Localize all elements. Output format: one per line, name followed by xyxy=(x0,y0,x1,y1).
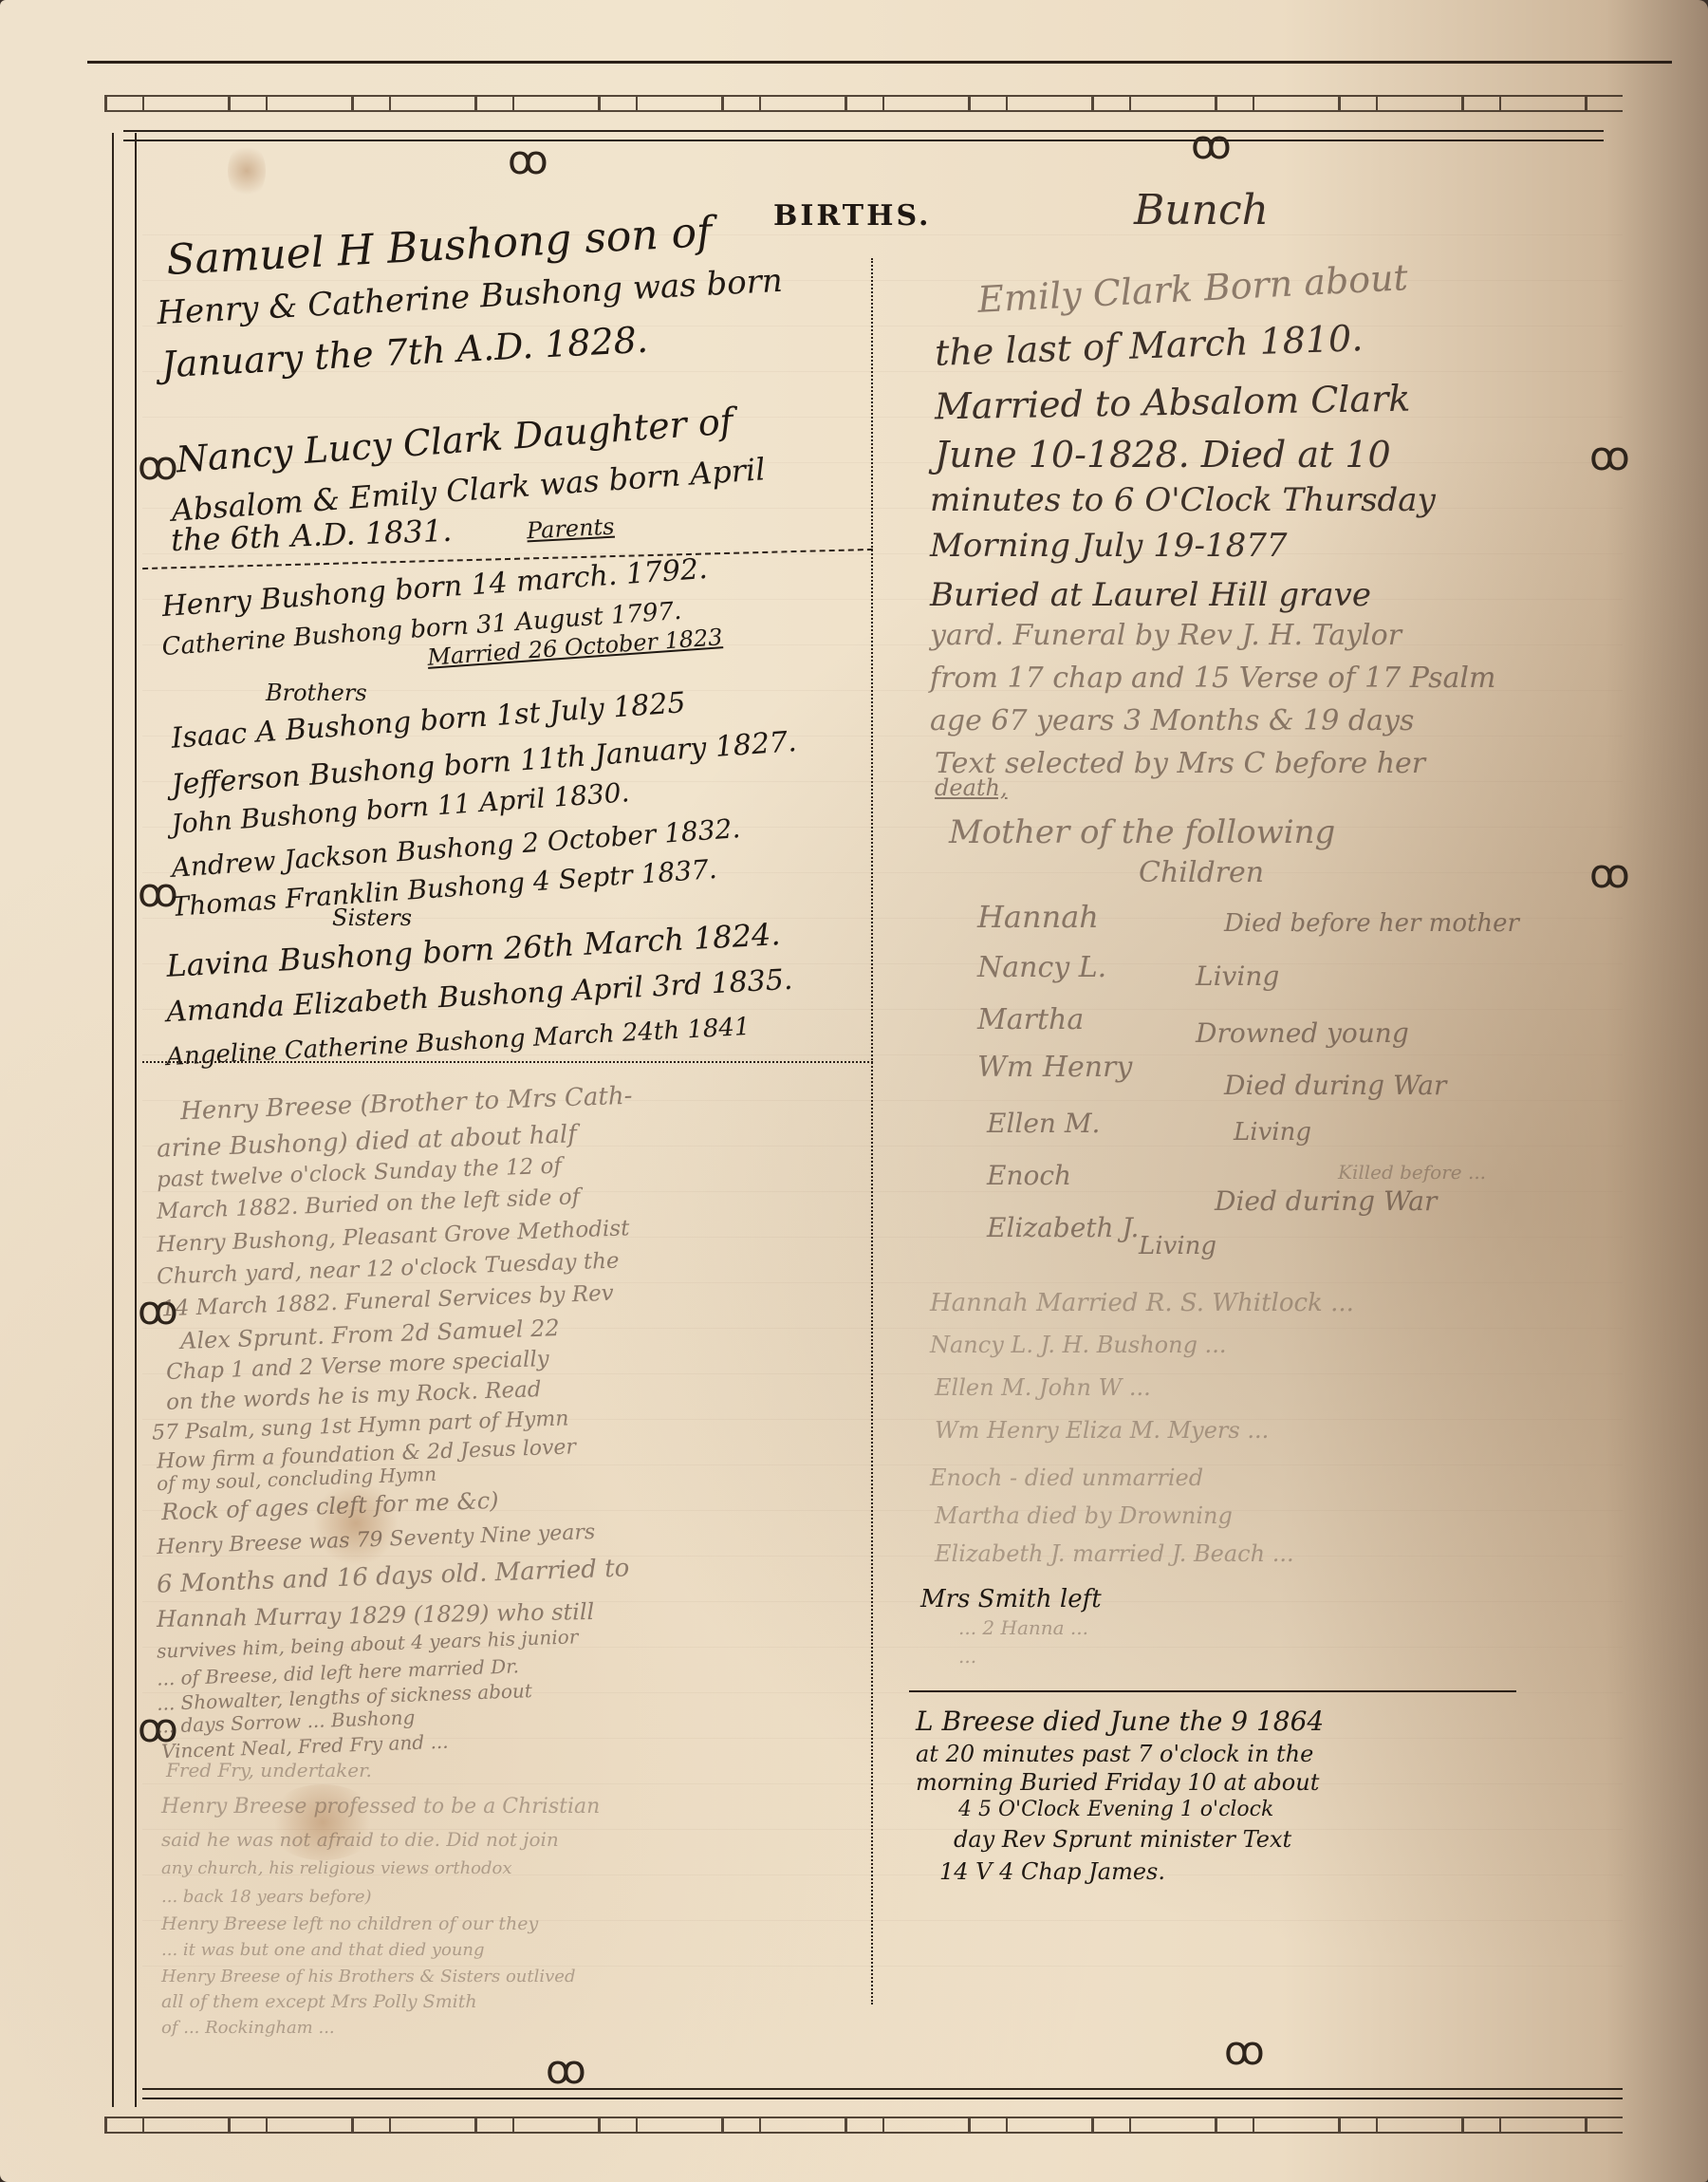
note-line: of ... Rockingham ... xyxy=(161,2020,335,2037)
child-name: Enoch xyxy=(987,1163,1071,1189)
note-line: all of them except Mrs Polly Smith xyxy=(161,1993,477,2011)
emily-entry-line: Buried at Laurel Hill grave xyxy=(930,579,1371,611)
child-status: Living xyxy=(1139,1234,1216,1259)
scroll-ornament-icon: ꝏ xyxy=(138,446,178,486)
child-note: Killed before ... xyxy=(1338,1163,1486,1182)
emily-entry-line: age 67 years 3 Months & 19 days xyxy=(930,707,1414,736)
note-line: day Rev Sprunt minister Text xyxy=(954,1828,1291,1851)
emily-entry-line: from 17 chap and 15 Verse of 17 Psalm xyxy=(930,664,1495,693)
faded-line: ... xyxy=(958,1647,976,1666)
note-line: Henry Breese left no children of our the… xyxy=(161,1915,538,1933)
scroll-ornament-icon: ꝏ xyxy=(1191,125,1232,165)
note-line: Fred Fry, undertaker. xyxy=(166,1761,372,1780)
emily-entry-line: yard. Funeral by Rev J. H. Taylor xyxy=(930,622,1402,650)
smith-note: Mrs Smith left xyxy=(920,1587,1102,1612)
child-name: Hannah xyxy=(977,902,1099,932)
divider-line xyxy=(909,1690,1516,1692)
children-heading: Mother of the following xyxy=(949,816,1335,849)
note-line: morning Buried Friday 10 at about xyxy=(916,1771,1319,1794)
child-name: Elizabeth J. xyxy=(987,1215,1139,1241)
child-status: Died during War xyxy=(1224,1072,1446,1099)
frame-inner-top xyxy=(123,130,1604,141)
emily-entry-line: Morning July 19-1877 xyxy=(930,530,1287,562)
surname-heading: Bunch xyxy=(1134,190,1269,232)
parents-label: Parents xyxy=(526,515,615,543)
emily-entry-line: Married to Absalom Clark xyxy=(935,381,1411,425)
marriage-line: Hannah Married R. S. Whitlock ... xyxy=(930,1291,1354,1315)
child-name: Nancy L. xyxy=(977,954,1106,982)
note-line: at 20 minutes past 7 o'clock in the xyxy=(916,1743,1313,1765)
braided-border-bottom xyxy=(104,2117,1623,2134)
note-line: 4 5 O'Clock Evening 1 o'clock xyxy=(958,1800,1273,1820)
marriage-line: Nancy L. J. H. Bushong ... xyxy=(930,1333,1226,1356)
page-heading: BIRTHS. xyxy=(773,199,932,233)
child-status: Died before her mother xyxy=(1224,911,1519,936)
sisters-label: Sisters xyxy=(332,906,412,929)
frame-inner-bottom xyxy=(142,2088,1623,2099)
child-status: Living xyxy=(1234,1120,1311,1145)
emily-entry-line: death, xyxy=(935,776,1008,799)
child-status: Died during War xyxy=(1215,1188,1437,1215)
note-line: 14 V 4 Chap James. xyxy=(939,1860,1165,1883)
emily-entry-line: Text selected by Mrs C before her xyxy=(935,750,1425,778)
child-status: Drowned young xyxy=(1196,1020,1409,1047)
frame-left-border xyxy=(112,133,137,2107)
child-name: Martha xyxy=(977,1006,1084,1035)
braided-border-top xyxy=(104,95,1623,112)
marriage-line: Wm Henry Eliza M. Myers ... xyxy=(935,1419,1269,1442)
child-status: Living xyxy=(1196,963,1279,990)
note-line: any church, his religious views orthodox xyxy=(161,1860,512,1877)
note-line: Henry Breese of his Brothers & Sisters o… xyxy=(161,1968,575,1986)
children-heading: Children xyxy=(1139,859,1264,887)
marriage-line: Enoch - died unmarried xyxy=(930,1466,1203,1489)
note-line: ... it was but one and that died young xyxy=(161,1942,485,1959)
marriage-line: Martha died by Drowning xyxy=(935,1504,1233,1527)
child-name: Ellen M. xyxy=(987,1110,1100,1137)
marriage-line: Ellen M. John W ... xyxy=(935,1376,1151,1399)
entry-nancy-line: the 6th A.D. 1831. xyxy=(171,515,453,555)
emily-entry-line: minutes to 6 O'Clock Thursday xyxy=(930,484,1436,516)
divider-line xyxy=(142,1061,873,1063)
note-line: said he was not afraid to die. Did not j… xyxy=(161,1830,559,1849)
scroll-ornament-icon: ꝏ xyxy=(1589,854,1630,894)
scroll-ornament-icon: ꝏ xyxy=(1589,437,1630,476)
scroll-ornament-icon: ꝏ xyxy=(508,140,548,180)
child-name: Wm Henry xyxy=(977,1054,1132,1082)
note-line: ... back 18 years before) xyxy=(161,1889,372,1906)
emily-entry-line: June 10-1828. Died at 10 xyxy=(935,437,1391,473)
faded-line: ... 2 Hanna ... xyxy=(958,1618,1088,1637)
register-page: ꝏ ꝏ ꝏ ꝏ ꝏ ꝏ ꝏ ꝏ ꝏ ꝏ BIRTHS. Samuel H Bus… xyxy=(0,0,1708,2182)
brothers-label: Brothers xyxy=(266,681,367,704)
scroll-ornament-icon: ꝏ xyxy=(1224,2031,1265,2071)
note-line: Henry Breese professed to be a Christian xyxy=(161,1797,600,1818)
marriage-line: Elizabeth J. married J. Beach ... xyxy=(935,1542,1294,1565)
column-divider xyxy=(871,258,873,2005)
note-line: L Breese died June the 9 1864 xyxy=(916,1708,1324,1735)
scroll-ornament-icon: ꝏ xyxy=(546,2050,586,2090)
